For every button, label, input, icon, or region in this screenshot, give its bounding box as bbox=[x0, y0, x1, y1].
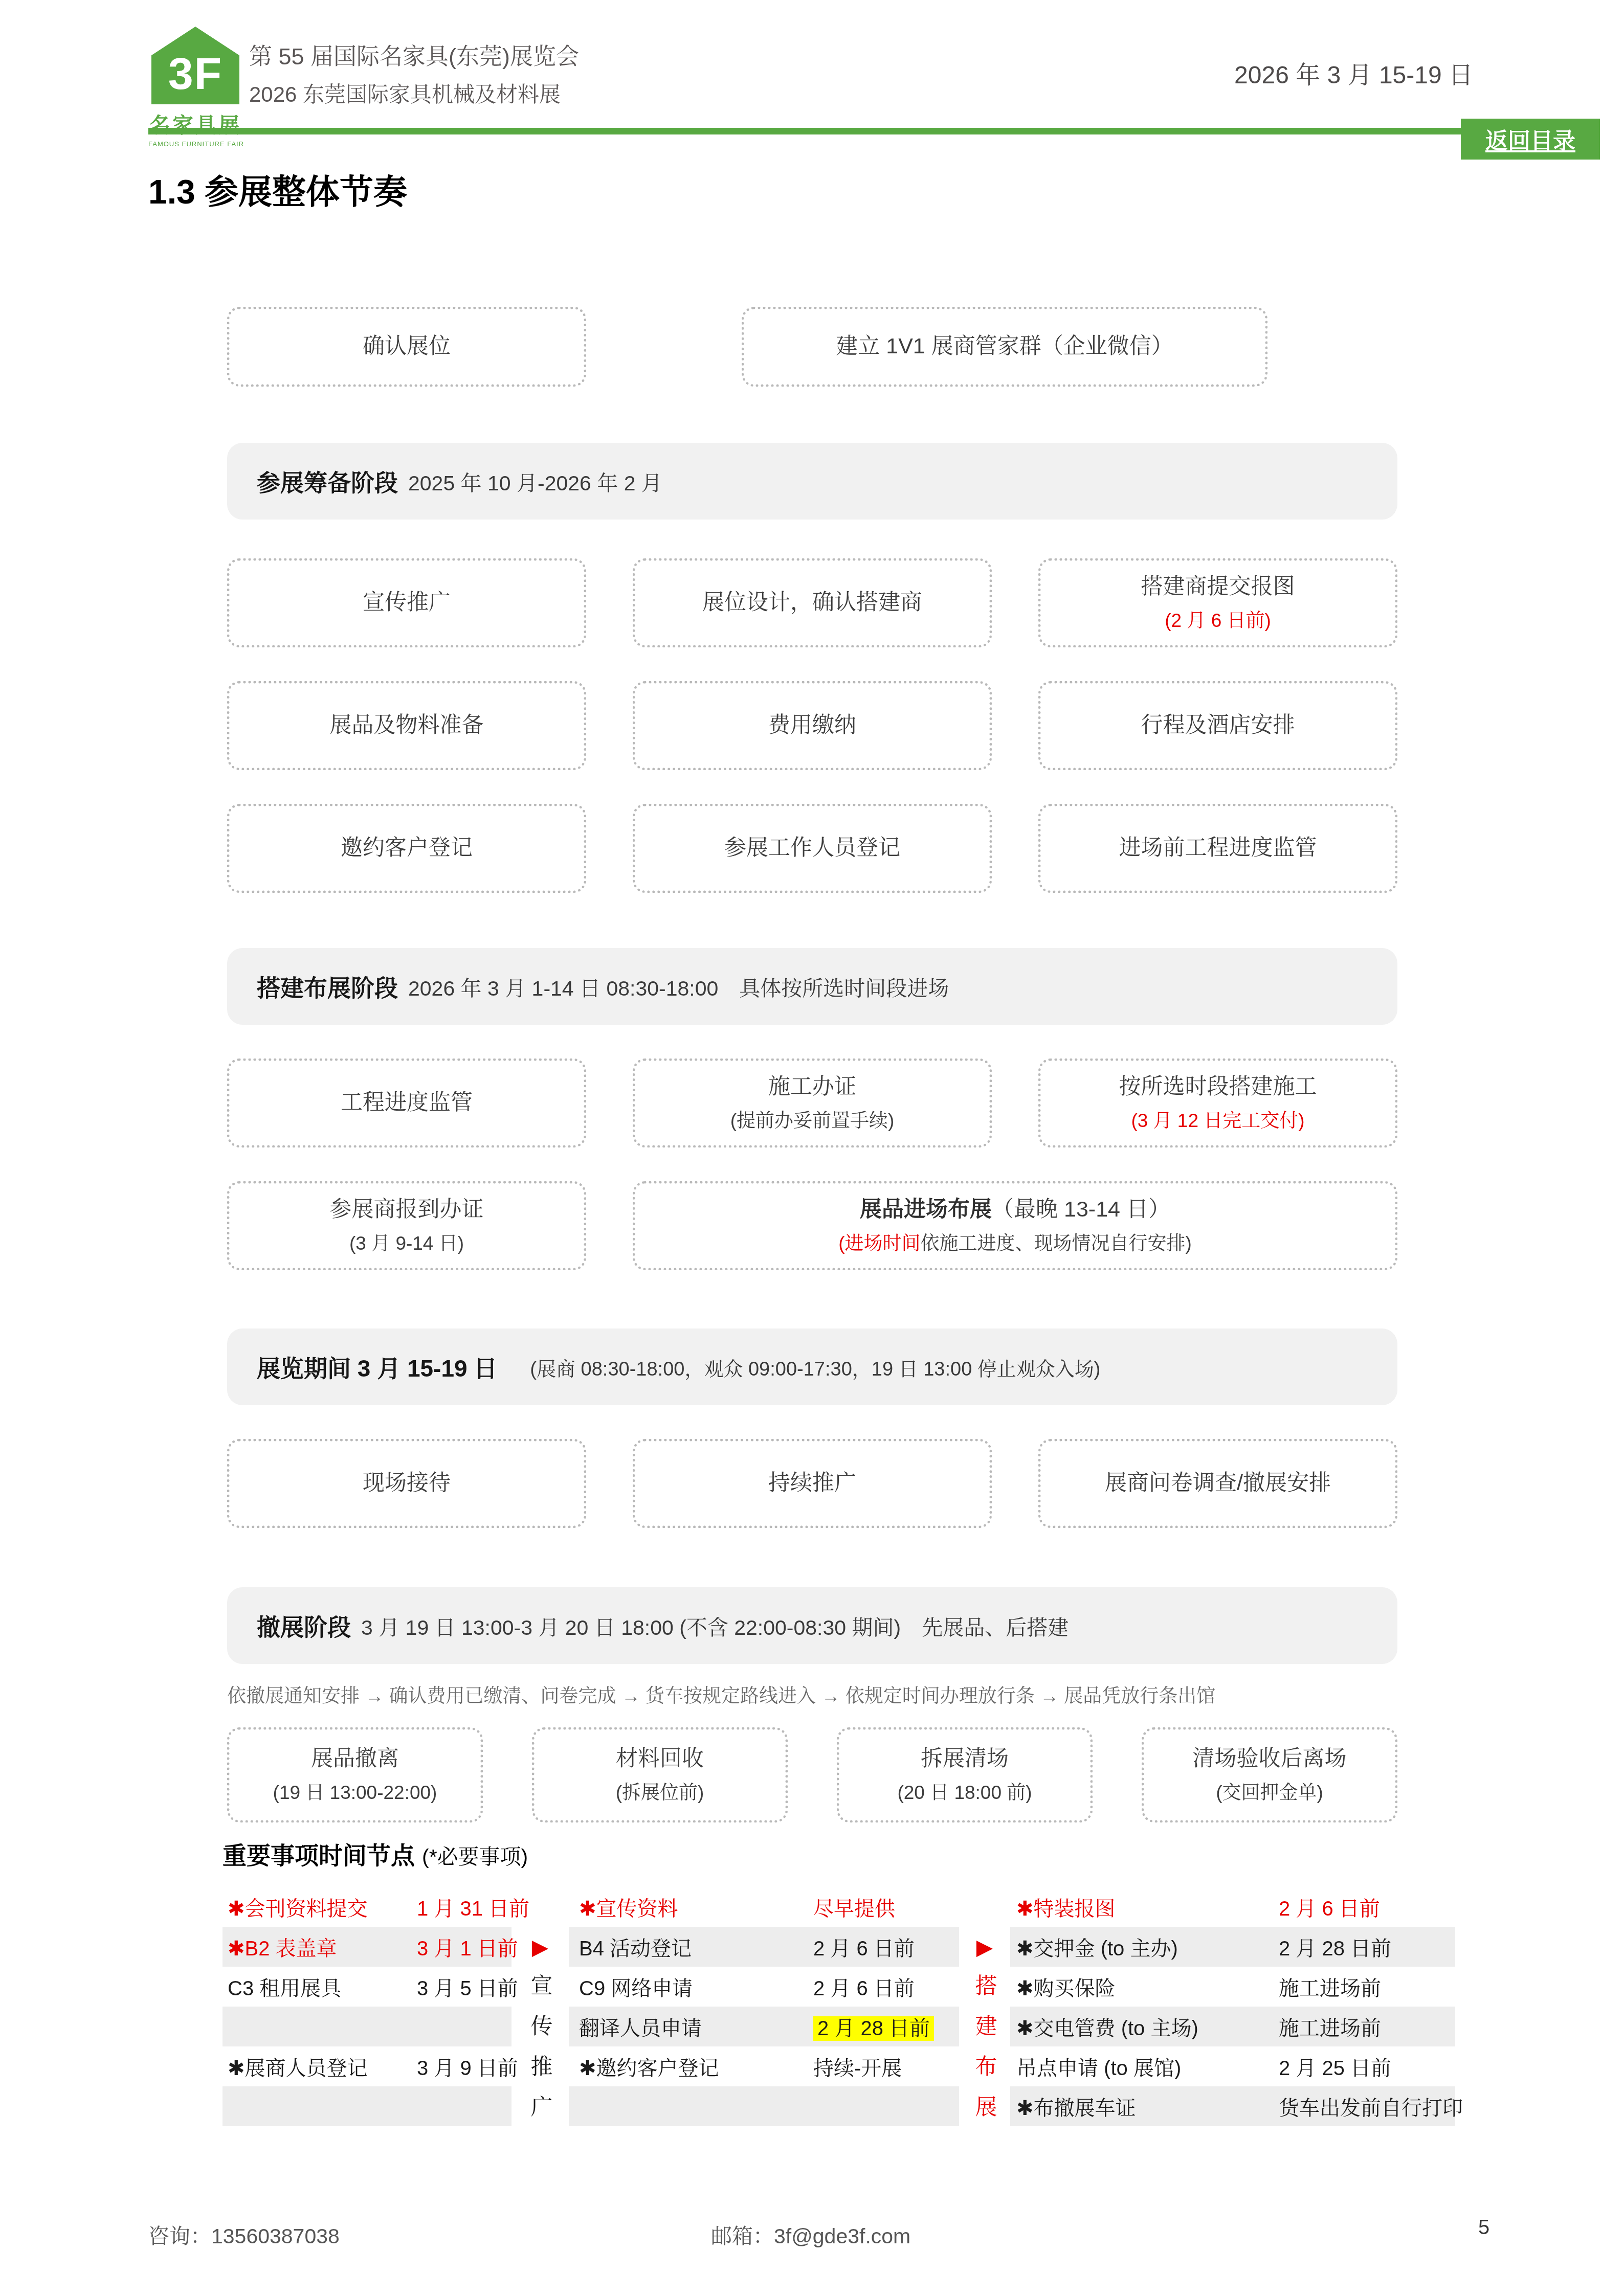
table-row: B4 活动登记 2 月 6 日前 bbox=[569, 1927, 959, 1967]
build-phase-period: 2026 年 3 月 1-14 日 08:30-18:00 具体按所选时间段进场 bbox=[408, 972, 949, 1002]
show-phase-period: (展商 08:30-18:00，观众 09:00-17:30，19 日 13:0… bbox=[530, 1353, 1100, 1381]
booth-design-label: 展位设计，确认搭建商 bbox=[702, 589, 922, 617]
dismantle-clear-note: (20 日 18:00 前) bbox=[897, 1781, 1032, 1805]
contractor-drawing-deadline: (2 月 6 日前) bbox=[1165, 609, 1271, 633]
exhibit-material-label: 展品及物料准备 bbox=[330, 712, 484, 739]
build-schedule-deadline: (3 月 12 日完工交付) bbox=[1131, 1109, 1304, 1133]
travel-hotel-box: 行程及酒店安排 bbox=[1038, 681, 1397, 770]
milestone-item: ✱特装报图 bbox=[1010, 1893, 1279, 1922]
pre-entry-supervision-box: 进场前工程进度监管 bbox=[1038, 804, 1397, 893]
checkout-note: (交回押金单) bbox=[1216, 1781, 1323, 1805]
right-arrow-icon: ▶ bbox=[511, 1927, 569, 1967]
survey-teardown-label: 展商问卷调查/撤展安排 bbox=[1105, 1470, 1331, 1497]
milestone-item: ✱布撤展车证 bbox=[1010, 2092, 1279, 2121]
table-row: C9 网络申请 2 月 6 日前 bbox=[569, 1967, 959, 2007]
right-arrow-icon: ▶ bbox=[959, 1927, 1010, 1967]
exhibit-movein-note-red: (进场时间 bbox=[838, 1233, 920, 1254]
progress-supervision-label: 工程进度监管 bbox=[341, 1089, 473, 1117]
table-row: ✱布撤展车证 货车出发前自行打印 bbox=[1010, 2086, 1455, 2126]
travel-hotel-label: 行程及酒店安排 bbox=[1141, 712, 1295, 739]
dismantle-clear-box: 拆展清场 (20 日 18:00 前) bbox=[837, 1727, 1093, 1822]
contractor-drawing-box: 搭建商提交报图 (2 月 6 日前) bbox=[1038, 558, 1397, 647]
teardown-phase-title: 撤展阶段 bbox=[257, 1609, 351, 1642]
milestones-title-note: (*必要事项) bbox=[422, 1845, 528, 1869]
document-page: 3F 名家具展 FAMOUS FURNITURE FAIR 第 55 届国际名家… bbox=[0, 0, 1624, 2296]
onsite-reception-label: 现场接待 bbox=[363, 1470, 451, 1497]
exhibit-movein-note: (进场时间依施工进度、现场情况自行安排) bbox=[838, 1232, 1192, 1255]
milestone-date: 施工进场前 bbox=[1279, 1972, 1381, 2001]
teardown-phase-period: 3 月 19 日 13:00-3 月 20 日 18:00 (不含 22:00-… bbox=[361, 1611, 1069, 1641]
checkout-label: 清场验收后离场 bbox=[1193, 1745, 1347, 1773]
table-row: ✱展商人员登记 3 月 9 日前 bbox=[223, 2046, 511, 2086]
milestone-date: 货车出发前自行打印 bbox=[1279, 2092, 1463, 2121]
ongoing-promotion-box: 持续推广 bbox=[633, 1439, 992, 1528]
exhibit-movein-note-rest: 依施工进度、现场情况自行安排) bbox=[921, 1233, 1192, 1254]
milestone-item: ✱购买保险 bbox=[1010, 1972, 1279, 2001]
construction-permit-box: 施工办证 (提前办妥前置手续) bbox=[633, 1059, 992, 1147]
exhibit-movein-title: 展品进场布展（最晚 13-14 日） bbox=[860, 1196, 1170, 1224]
milestone-item: ✱会刊资料提交 bbox=[223, 1893, 417, 1922]
back-to-toc-label: 返回目录 bbox=[1485, 123, 1575, 155]
table-row: ✱邀约客户登记 持续-开展 bbox=[569, 2046, 959, 2086]
exhibit-removal-box: 展品撤离 (19 日 13:00-22:00) bbox=[227, 1727, 483, 1822]
exhibit-movein-box: 展品进场布展（最晚 13-14 日） (进场时间依施工进度、现场情况自行安排) bbox=[633, 1181, 1397, 1270]
milestones-column-3: ✱特装报图 2 月 6 日前 ✱交押金 (to 主办) 2 月 28 日前 ✱购… bbox=[1010, 1887, 1455, 2126]
promotion-strip-label: 宣传推广 bbox=[525, 1974, 556, 2135]
staff-register-box: 参展工作人员登记 bbox=[633, 804, 992, 893]
confirm-booth-label: 确认展位 bbox=[363, 333, 451, 361]
milestone-date: 施工进场前 bbox=[1279, 2012, 1381, 2041]
exhibit-material-box: 展品及物料准备 bbox=[227, 681, 586, 770]
build-phase-title: 搭建布展阶段 bbox=[257, 970, 398, 1003]
logo-house-icon: 3F bbox=[151, 27, 239, 104]
payment-label: 费用缴纳 bbox=[768, 712, 856, 739]
milestone-item: ✱宣传资料 bbox=[569, 1893, 813, 1922]
exhibit-movein-title-bold: 展品进场布展 bbox=[860, 1197, 992, 1222]
milestone-date: 2 月 6 日前 bbox=[813, 1932, 915, 1962]
ongoing-promotion-label: 持续推广 bbox=[768, 1470, 856, 1497]
confirm-booth-box: 确认展位 bbox=[227, 307, 586, 387]
milestone-item: C9 网络申请 bbox=[569, 1972, 813, 2001]
checkin-badge-label: 参展商报到办证 bbox=[330, 1196, 484, 1224]
checkin-badge-note: (3 月 9-14 日) bbox=[349, 1232, 464, 1255]
promotion-flow-strip: ▶ 宣传推广 bbox=[511, 1887, 569, 2138]
table-row: 吊点申请 (to 展馆) 2 月 25 日前 bbox=[1010, 2046, 1455, 2086]
teardown-flow-text: 依撤展通知安排 → 确认费用已缴清、问卷完成 → 货车按规定路线进入 → 依规定… bbox=[227, 1680, 1414, 1708]
pre-entry-supervision-label: 进场前工程进度监管 bbox=[1119, 835, 1317, 862]
milestone-item: ✱交电管费 (to 主场) bbox=[1010, 2012, 1279, 2041]
prep-phase-title: 参展筹备阶段 bbox=[257, 464, 398, 498]
milestones-column-2: ✱宣传资料 尽早提供 B4 活动登记 2 月 6 日前 C9 网络申请 2 月 … bbox=[569, 1887, 959, 2126]
prep-phase-period: 2025 年 10 月-2026 年 2 月 bbox=[408, 466, 662, 497]
prep-phase-banner: 参展筹备阶段 2025 年 10 月-2026 年 2 月 bbox=[227, 443, 1397, 520]
milestone-item: ✱展商人员登记 bbox=[223, 2052, 417, 2081]
build-flow-strip: ▶ 搭建布展 bbox=[959, 1887, 1010, 2138]
milestone-item: ✱邀约客户登记 bbox=[569, 2052, 813, 2081]
material-recycle-box: 材料回收 (拆展位前) bbox=[532, 1727, 788, 1822]
construction-permit-label: 施工办证 bbox=[768, 1073, 856, 1101]
milestone-date: 2 月 28 日前 bbox=[1279, 1932, 1391, 1962]
table-row: ✱购买保险 施工进场前 bbox=[1010, 1967, 1455, 2007]
table-row: ✱B2 表盖章 3 月 1 日前 bbox=[223, 1927, 511, 1967]
section-heading: 1.3 参展整体节奏 bbox=[148, 165, 407, 213]
build-schedule-box: 按所选时段搭建施工 (3 月 12 日完工交付) bbox=[1038, 1059, 1397, 1147]
exhibit-removal-note: (19 日 13:00-22:00) bbox=[273, 1781, 437, 1805]
payment-box: 费用缴纳 bbox=[633, 681, 992, 770]
show-phase-title: 展览期间 3 月 15-19 日 bbox=[257, 1350, 497, 1384]
promotion-box: 宣传推广 bbox=[227, 558, 586, 647]
table-row: ✱交押金 (to 主办) 2 月 28 日前 bbox=[1010, 1927, 1455, 1967]
milestone-date: 3 月 1 日前 bbox=[417, 1932, 518, 1962]
back-to-toc-button[interactable]: 返回目录 bbox=[1461, 119, 1600, 160]
table-row bbox=[223, 2086, 511, 2126]
table-row: ✱宣传资料 尽早提供 bbox=[569, 1887, 959, 1927]
promotion-label: 宣传推广 bbox=[363, 589, 451, 617]
material-recycle-label: 材料回收 bbox=[616, 1745, 704, 1773]
show-phase-banner: 展览期间 3 月 15-19 日 (展商 08:30-18:00，观众 09:0… bbox=[227, 1329, 1397, 1405]
staff-register-label: 参展工作人员登记 bbox=[724, 835, 900, 862]
exhibit-movein-title-rest: （最晚 13-14 日） bbox=[992, 1197, 1170, 1222]
table-row: C3 租用展具 3 月 5 日前 bbox=[223, 1967, 511, 2007]
table-row: ✱交电管费 (to 主场) 施工进场前 bbox=[1010, 2007, 1455, 2046]
milestones-title: 重要事项时间节点(*必要事项) bbox=[223, 1837, 528, 1871]
milestone-item: 翻译人员申请 bbox=[569, 2012, 813, 2041]
build-phase-banner: 搭建布展阶段 2026 年 3 月 1-14 日 08:30-18:00 具体按… bbox=[227, 948, 1397, 1025]
milestone-date: 2 月 6 日前 bbox=[813, 1972, 915, 2001]
header-divider bbox=[148, 128, 1461, 134]
exhibit-removal-label: 展品撤离 bbox=[311, 1745, 399, 1773]
table-row bbox=[223, 2007, 511, 2046]
teardown-phase-banner: 撤展阶段 3 月 19 日 13:00-3 月 20 日 18:00 (不含 2… bbox=[227, 1587, 1397, 1664]
milestone-date: 尽早提供 bbox=[813, 1893, 895, 1922]
milestone-date: 3 月 9 日前 bbox=[417, 2052, 518, 2081]
onsite-reception-box: 现场接待 bbox=[227, 1439, 586, 1528]
table-row bbox=[569, 2086, 959, 2126]
milestone-date: 2 月 25 日前 bbox=[1279, 2052, 1391, 2081]
invite-client-label: 邀约客户登记 bbox=[341, 835, 473, 862]
exhibition-date: 2026 年 3 月 15-19 日 bbox=[1234, 55, 1473, 91]
table-row: ✱会刊资料提交 1 月 31 日前 bbox=[223, 1887, 511, 1927]
milestone-item: C3 租用展具 bbox=[223, 1972, 417, 2001]
milestone-item: B4 活动登记 bbox=[569, 1932, 813, 1962]
progress-supervision-box: 工程进度监管 bbox=[227, 1059, 586, 1147]
milestone-date: 3 月 5 日前 bbox=[417, 1972, 518, 2001]
milestone-date: 2 月 6 日前 bbox=[1279, 1893, 1380, 1922]
table-row: ✱特装报图 2 月 6 日前 bbox=[1010, 1887, 1455, 1927]
material-recycle-note: (拆展位前) bbox=[616, 1781, 704, 1805]
logo-mark: 3F bbox=[168, 51, 223, 104]
construction-permit-note: (提前办妥前置手续) bbox=[730, 1109, 895, 1133]
wechat-group-label: 建立 1V1 展商管家群（企业微信） bbox=[836, 333, 1173, 361]
milestone-item: ✱交押金 (to 主办) bbox=[1010, 1932, 1279, 1962]
contractor-drawing-label: 搭建商提交报图 bbox=[1141, 573, 1295, 601]
survey-teardown-box: 展商问卷调查/撤展安排 bbox=[1038, 1439, 1397, 1528]
milestone-item: ✱B2 表盖章 bbox=[223, 1932, 417, 1962]
footer-email: 邮箱：3f@gde3f.com bbox=[711, 2219, 910, 2249]
checkout-box: 清场验收后离场 (交回押金单) bbox=[1142, 1727, 1397, 1822]
milestone-date: 持续-开展 bbox=[813, 2052, 902, 2081]
table-row: 翻译人员申请 2 月 28 日前 bbox=[569, 2007, 959, 2046]
milestone-item: 吊点申请 (to 展馆) bbox=[1010, 2052, 1279, 2081]
exhibition-subtitle: 2026 东莞国际家具机械及材料展 bbox=[249, 78, 561, 108]
build-strip-label: 搭建布展 bbox=[969, 1974, 1000, 2135]
page-number: 5 bbox=[1478, 2216, 1489, 2239]
wechat-group-box: 建立 1V1 展商管家群（企业微信） bbox=[742, 307, 1267, 387]
footer-phone: 咨询：13560387038 bbox=[148, 2219, 340, 2249]
milestones-column-1: ✱会刊资料提交 1 月 31 日前 ✱B2 表盖章 3 月 1 日前 C3 租用… bbox=[223, 1887, 511, 2126]
checkin-badge-box: 参展商报到办证 (3 月 9-14 日) bbox=[227, 1181, 586, 1270]
logo-subname: FAMOUS FURNITURE FAIR bbox=[148, 140, 242, 148]
milestone-date-highlighted: 2 月 28 日前 bbox=[813, 2016, 934, 2041]
dismantle-clear-label: 拆展清场 bbox=[921, 1745, 1009, 1773]
invite-client-box: 邀约客户登记 bbox=[227, 804, 586, 893]
build-schedule-label: 按所选时段搭建施工 bbox=[1119, 1073, 1317, 1101]
milestones-title-text: 重要事项时间节点 bbox=[223, 1842, 415, 1869]
booth-design-box: 展位设计，确认搭建商 bbox=[633, 558, 992, 647]
exhibition-title: 第 55 届国际名家具(东莞)展览会 bbox=[249, 38, 579, 71]
